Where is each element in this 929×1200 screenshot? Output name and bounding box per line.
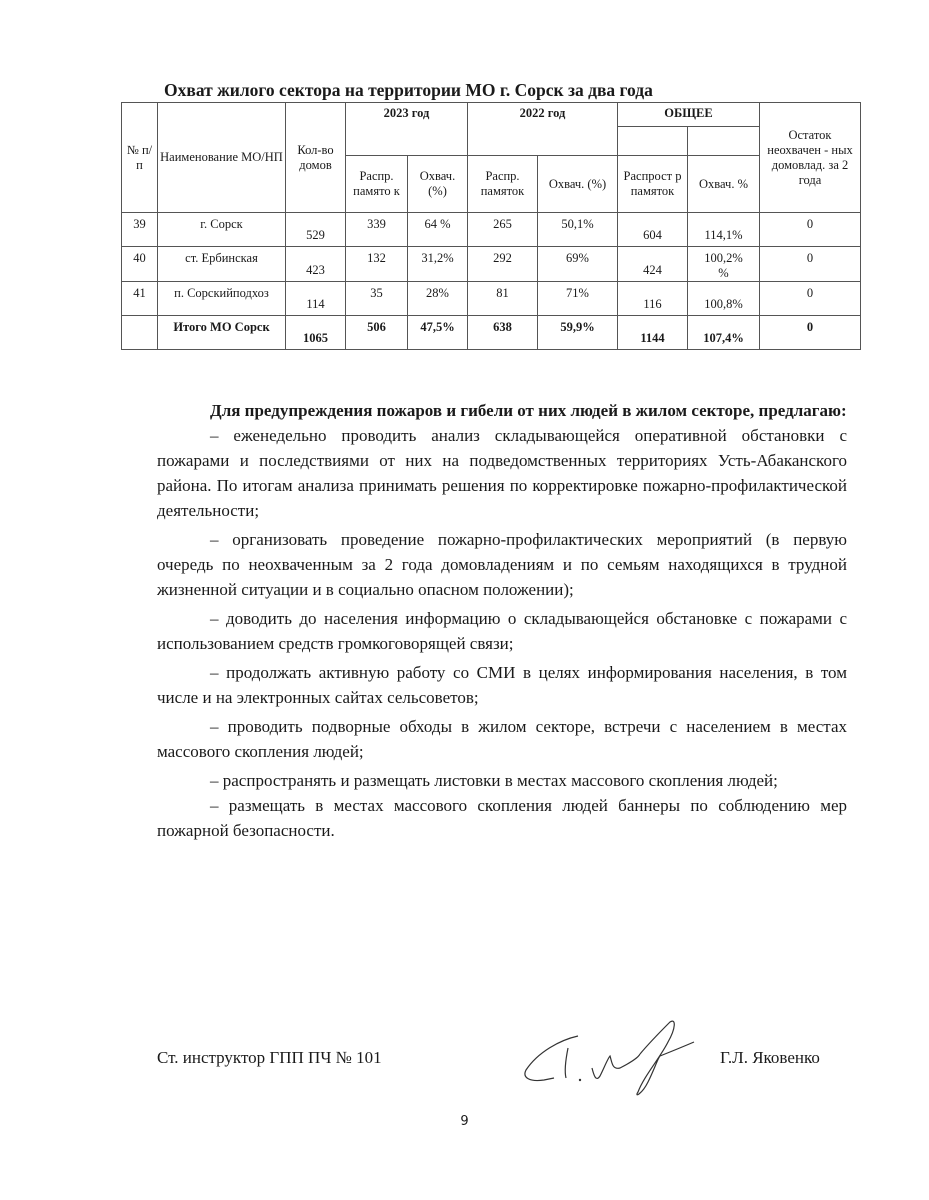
table-title: Охват жилого сектора на территории МО г.…	[164, 80, 653, 101]
header-cov-2022: Охвач. (%)	[538, 156, 618, 213]
cell-remaining: 0	[760, 247, 861, 282]
cell-remaining: 0	[760, 282, 861, 316]
cell-dist-2022: 638	[468, 316, 538, 350]
coverage-table: № п/п Наименование МО/НП Кол-во домов 20…	[121, 102, 861, 350]
cell-houses: 114	[286, 282, 346, 316]
signatory-name: Г.Л. Яковенко	[720, 1048, 820, 1068]
table-row: 41 п. Сорскийподхоз 114 35 28% 81 71% 11…	[122, 282, 861, 316]
header-remaining: Остаток неохвачен - ных домовлад. за 2 г…	[760, 103, 861, 213]
cell-dist-2023: 132	[346, 247, 408, 282]
signatory-role: Ст. инструктор ГПП ПЧ № 101	[157, 1048, 382, 1068]
cell-cov-2023: 64 %	[408, 213, 468, 247]
cell-num: 40	[122, 247, 158, 282]
cell-dist-2022: 292	[468, 247, 538, 282]
header-2022: 2022 год	[468, 103, 618, 156]
cell-cov-total: 100,8%	[688, 282, 760, 316]
header-total-blank-2	[688, 127, 760, 156]
header-dist-total: Распрост р памяток	[618, 156, 688, 213]
cell-cov-2023: 28%	[408, 282, 468, 316]
cell-cov-2023: 31,2%	[408, 247, 468, 282]
proposal-item: – продолжать активную работу со СМИ в це…	[157, 660, 847, 710]
cell-cov-total: 100,2% %	[688, 247, 760, 282]
header-num: № п/п	[122, 103, 158, 213]
proposal-section: Для предупреждения пожаров и гибели от н…	[157, 398, 847, 843]
cell-houses: 423	[286, 247, 346, 282]
cell-dist-2022: 81	[468, 282, 538, 316]
cell-name: Итого МО Сорск	[158, 316, 286, 350]
table-row: 39 г. Сорск 529 339 64 % 265 50,1% 604 1…	[122, 213, 861, 247]
cell-dist-2023: 339	[346, 213, 408, 247]
cell-cov-2023: 47,5%	[408, 316, 468, 350]
cell-num: 39	[122, 213, 158, 247]
cell-remaining: 0	[760, 316, 861, 350]
cell-cov-2022: 71%	[538, 282, 618, 316]
cell-dist-total: 116	[618, 282, 688, 316]
cell-num: 41	[122, 282, 158, 316]
cell-houses: 1065	[286, 316, 346, 350]
cell-cov-total: 114,1%	[688, 213, 760, 247]
proposal-item: – доводить до населения информацию о скл…	[157, 606, 847, 656]
proposal-lead: Для предупреждения пожаров и гибели от н…	[157, 398, 847, 423]
cell-name: ст. Ербинская	[158, 247, 286, 282]
cell-houses: 529	[286, 213, 346, 247]
cell-dist-2023: 506	[346, 316, 408, 350]
header-dist-2023: Распр. памято к	[346, 156, 408, 213]
cell-cov-2022: 69%	[538, 247, 618, 282]
proposal-item: – проводить подворные обходы в жилом сек…	[157, 714, 847, 764]
handwritten-signature	[520, 1018, 710, 1098]
proposal-item: – организовать проведение пожарно-профил…	[157, 527, 847, 602]
header-dist-2022: Распр. памяток	[468, 156, 538, 213]
cell-name: п. Сорскийподхоз	[158, 282, 286, 316]
cell-name: г. Сорск	[158, 213, 286, 247]
header-houses: Кол-во домов	[286, 103, 346, 213]
cell-cov-total: 107,4%	[688, 316, 760, 350]
cell-dist-total: 424	[618, 247, 688, 282]
page-number: 9	[0, 1114, 929, 1129]
header-name: Наименование МО/НП	[158, 103, 286, 213]
table-row: 40 ст. Ербинская 423 132 31,2% 292 69% 4…	[122, 247, 861, 282]
cell-remaining: 0	[760, 213, 861, 247]
cell-dist-total: 1144	[618, 316, 688, 350]
header-total: ОБЩЕЕ	[618, 103, 760, 127]
cell-cov-2022: 50,1%	[538, 213, 618, 247]
cell-dist-2023: 35	[346, 282, 408, 316]
proposal-item: – еженедельно проводить анализ складываю…	[157, 423, 847, 523]
proposal-item: – распространять и размещать листовки в …	[157, 768, 847, 793]
table-total-row: Итого МО Сорск 1065 506 47,5% 638 59,9% …	[122, 316, 861, 350]
header-cov-total: Охвач. %	[688, 156, 760, 213]
header-total-blank-1	[618, 127, 688, 156]
cell-cov-2022: 59,9%	[538, 316, 618, 350]
cell-num	[122, 316, 158, 350]
header-cov-2023: Охвач. (%)	[408, 156, 468, 213]
cell-dist-2022: 265	[468, 213, 538, 247]
proposal-item: – размещать в местах массового скопления…	[157, 793, 847, 843]
cell-dist-total: 604	[618, 213, 688, 247]
header-2023: 2023 год	[346, 103, 468, 156]
